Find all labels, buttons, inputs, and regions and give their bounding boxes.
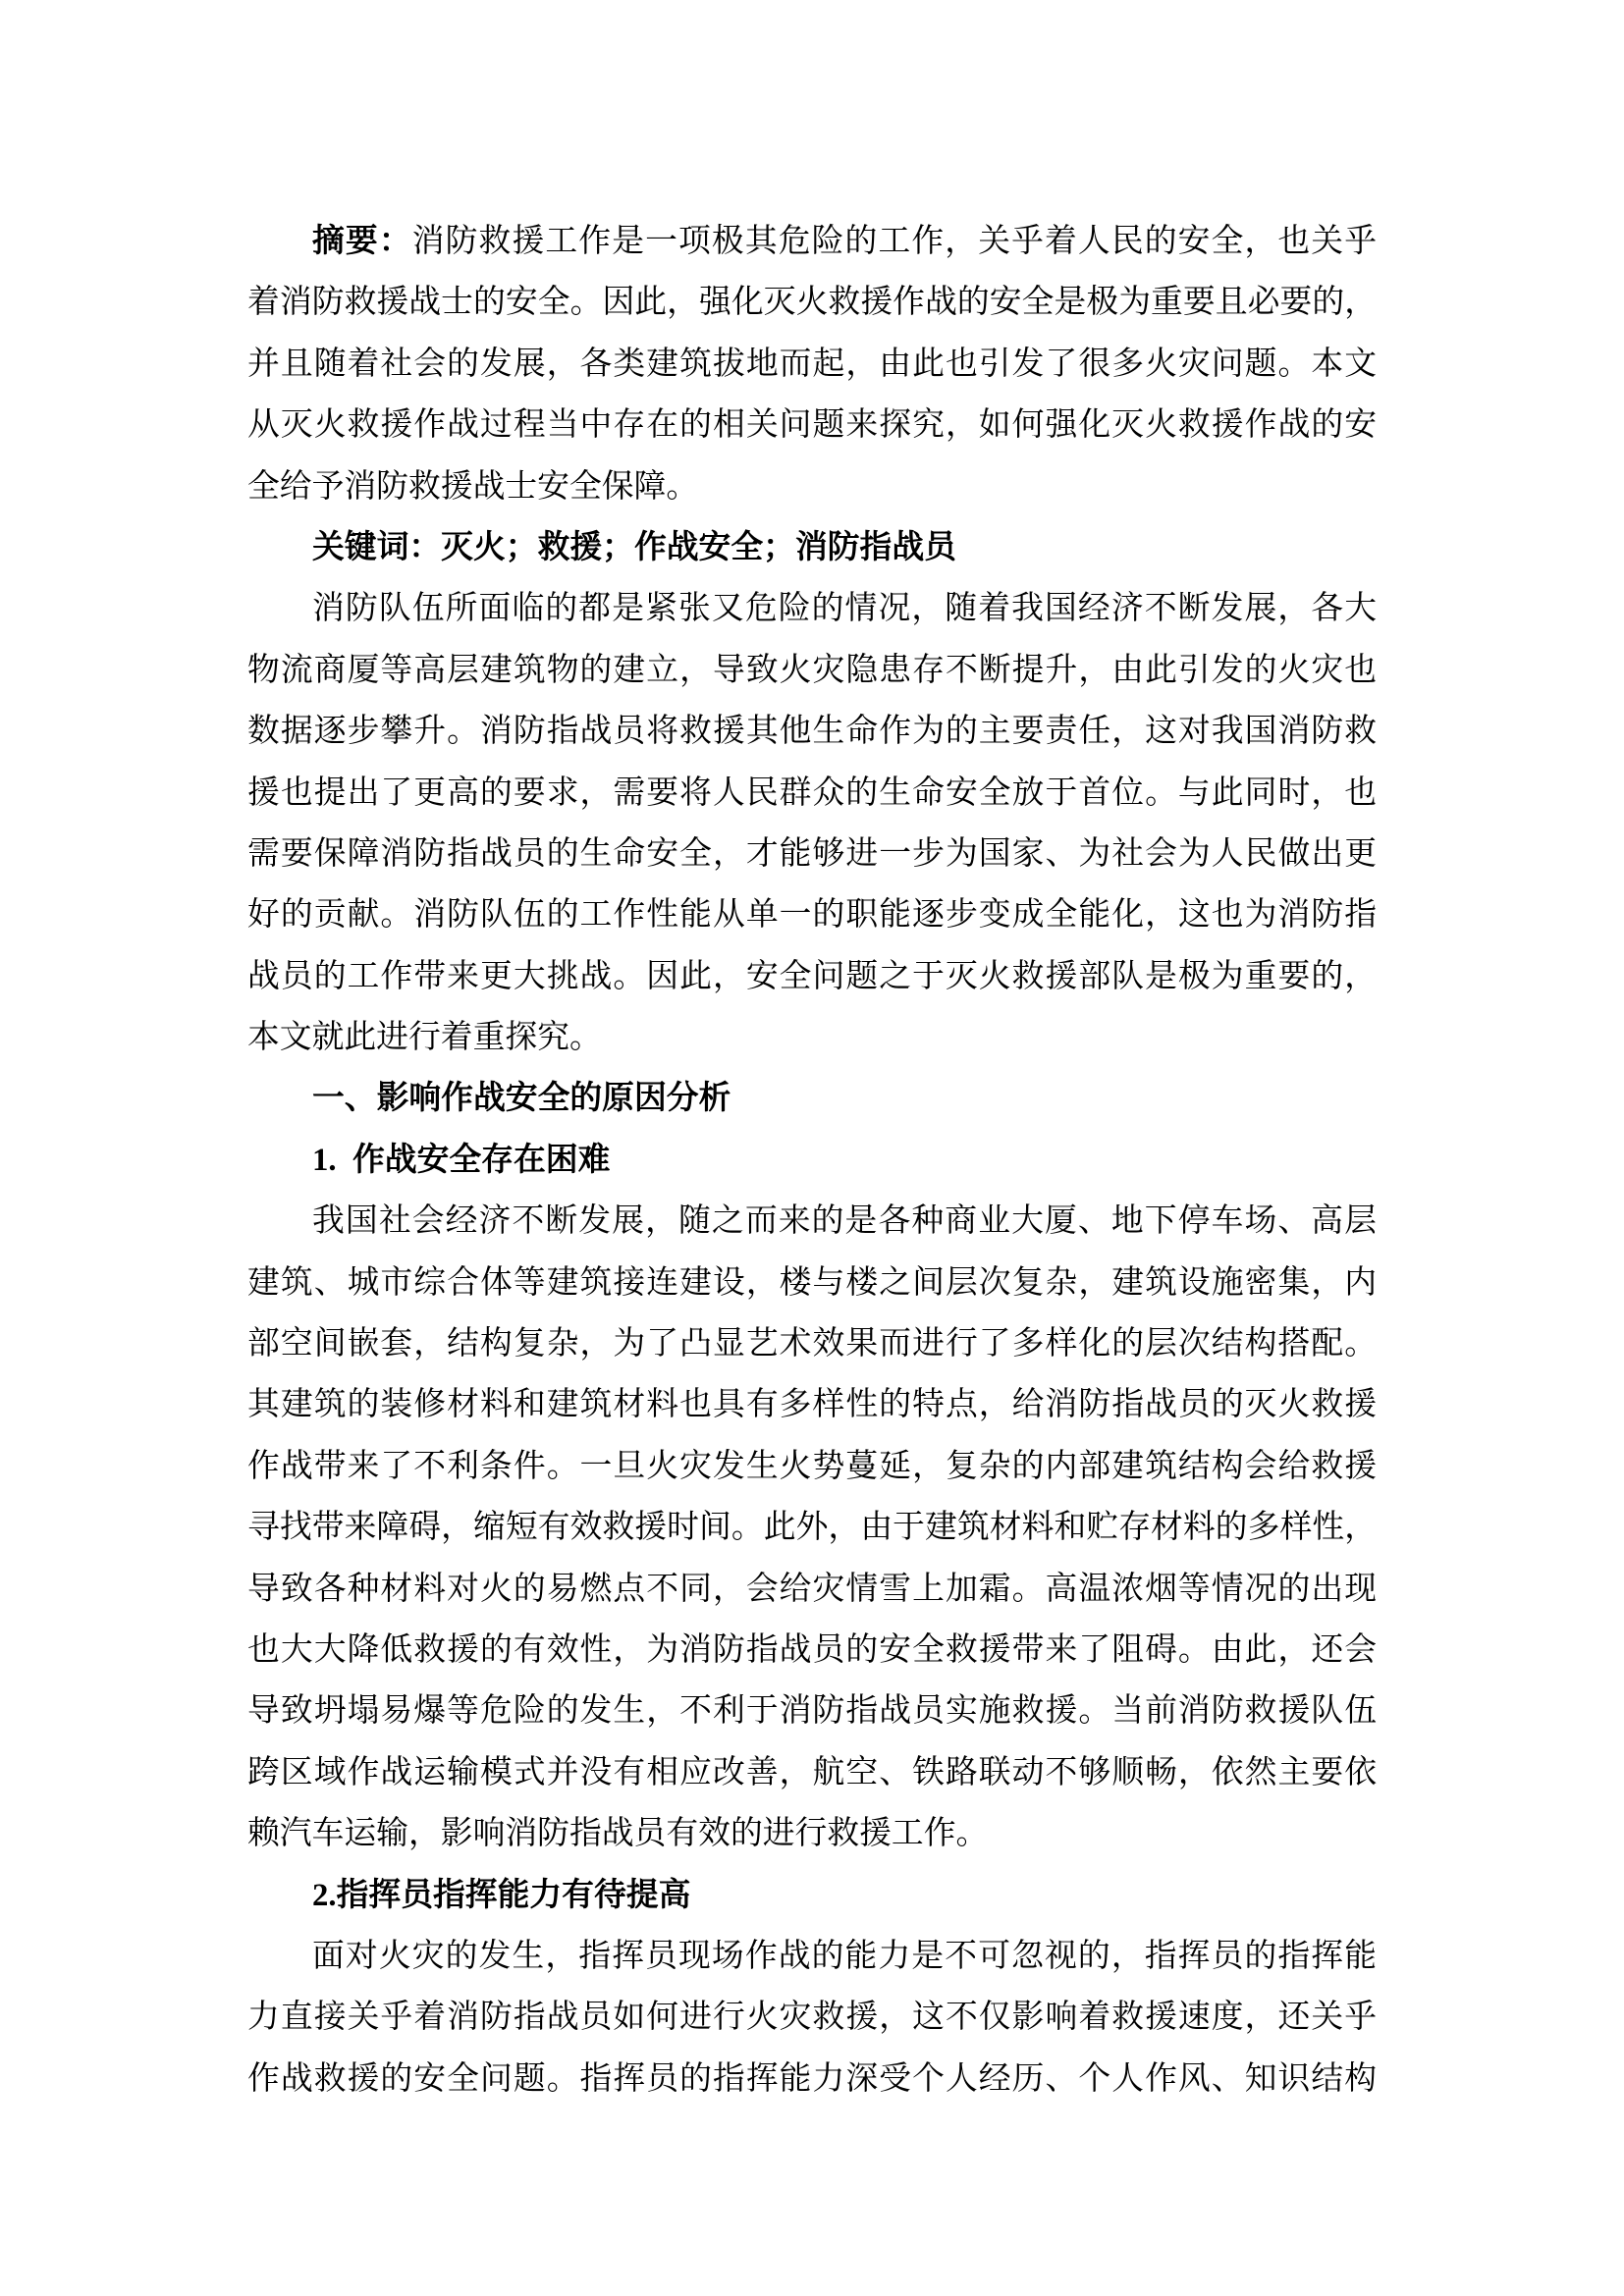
text-line: 导致各种材料对火的易燃点不同，会给灾情雪上加霜。高温浓烟等情况的出现 — [247, 1559, 1377, 1620]
text-line: 战员的工作带来更大挑战。因此，安全问题之于灭火救援部队是极为重要的， — [247, 946, 1377, 1007]
text-line: 从灭火救援作战过程当中存在的相关问题来探究，如何强化灭火救援作战的安 — [247, 395, 1377, 455]
text-line: 导致坍塌易爆等危险的发生，不利于消防指战员实施救援。当前消防救援队伍 — [247, 1681, 1377, 1741]
text-line: 并且随着社会的发展，各类建筑拔地而起，由此也引发了很多火灾问题。本文 — [247, 334, 1377, 395]
text-run: 面对火灾的发生，指挥员现场作战的能力是不可忽视的，指挥员的指挥能 — [312, 1939, 1377, 1974]
heading-line: 2.指挥员指挥能力有待提高 — [247, 1865, 1377, 1926]
text-line: 跨区域作战运输模式并没有相应改善，航空、铁路联动不够顺畅，依然主要依 — [247, 1742, 1377, 1803]
bold-text-run: 一、影响作战安全的原因分析 — [312, 1081, 731, 1116]
text-line: 消防队伍所面临的都是紧张又危险的情况，随着我国经济不断发展，各大 — [247, 578, 1377, 639]
heading-line: 一、影响作战安全的原因分析 — [247, 1068, 1377, 1129]
text-run: 着消防救援战士的安全。因此，强化灭火救援作战的安全是极为重要且必要的， — [247, 285, 1377, 320]
text-line: 着消防救援战士的安全。因此，强化灭火救援作战的安全是极为重要且必要的， — [247, 272, 1377, 333]
text-run: 我国社会经济不断发展，随之而来的是各种商业大厦、地下停车场、高层 — [312, 1203, 1377, 1239]
text-run: 也大大降低救援的有效性，为消防指战员的安全救援带来了阻碍。由此，还会 — [247, 1632, 1377, 1668]
text-run: 从灭火救援作战过程当中存在的相关问题来探究，如何强化灭火救援作战的安 — [247, 407, 1377, 443]
text-line: 本文就此进行着重探究。 — [247, 1007, 1377, 1068]
text-line: 赖汽车运输，影响消防指战员有效的进行救援工作。 — [247, 1803, 1377, 1864]
text-run: 作战带来了不利条件。一旦火灾发生火势蔓延，复杂的内部建筑结构会给救援 — [247, 1449, 1377, 1484]
bold-text-run: 关键词：灭火；救援；作战安全；消防指战员 — [312, 530, 956, 565]
text-line: 我国社会经济不断发展，随之而来的是各种商业大厦、地下停车场、高层 — [247, 1191, 1377, 1252]
text-run: 数据逐步攀升。消防指战员将救援其他生命作为的主要责任，这对我国消防救 — [247, 714, 1377, 749]
bold-text-run: 1. 作战安全存在困难 — [312, 1143, 610, 1178]
text-run: 力直接关乎着消防指战员如何进行火灾救援，这不仅影响着救援速度，还关乎 — [247, 2000, 1377, 2035]
text-run: 战员的工作带来更大挑战。因此，安全问题之于灭火救援部队是极为重要的， — [247, 959, 1377, 994]
text-run: 物流商厦等高层建筑物的建立，导致火灾隐患存不断提升，由此引发的火灾也 — [247, 653, 1377, 688]
text-run: 其建筑的装修材料和建筑材料也具有多样性的特点，给消防指战员的灭火救援 — [247, 1387, 1377, 1422]
text-run: 赖汽车运输，影响消防指战员有效的进行救援工作。 — [247, 1816, 988, 1851]
heading-line: 1. 作战安全存在困难 — [247, 1130, 1377, 1191]
document-page: 摘要：消防救援工作是一项极其危险的工作，关乎着人民的安全，也关乎着消防救援战士的… — [0, 0, 1624, 2296]
text-line: 物流商厦等高层建筑物的建立，导致火灾隐患存不断提升，由此引发的火灾也 — [247, 640, 1377, 701]
text-run: 跨区域作战运输模式并没有相应改善，航空、铁路联动不够顺畅，依然主要依 — [247, 1755, 1377, 1790]
text-line: 建筑、城市综合体等建筑接连建设，楼与楼之间层次复杂，建筑设施密集，内 — [247, 1253, 1377, 1313]
bold-text-run: 摘要： — [312, 224, 412, 259]
bold-text-run: 2.指挥员指挥能力有待提高 — [312, 1878, 690, 1913]
text-line: 作战救援的安全问题。指挥员的指挥能力深受个人经历、个人作风、知识结构 — [247, 2049, 1377, 2109]
text-line: 全给予消防救援战士安全保障。 — [247, 456, 1377, 517]
text-run: 导致各种材料对火的易燃点不同，会给灾情雪上加霜。高温浓烟等情况的出现 — [247, 1572, 1377, 1607]
text-run: 需要保障消防指战员的生命安全，才能够进一步为国家、为社会为人民做出更 — [247, 836, 1377, 872]
text-line: 好的贡献。消防队伍的工作性能从单一的职能逐步变成全能化，这也为消防指 — [247, 884, 1377, 945]
text-run: 援也提出了更高的要求，需要将人民群众的生命安全放于首位。与此同时，也 — [247, 775, 1377, 811]
text-run: 消防救援工作是一项极其危险的工作，关乎着人民的安全，也关乎 — [412, 224, 1377, 259]
text-run: 作战救援的安全问题。指挥员的指挥能力深受个人经历、个人作风、知识结构 — [247, 2061, 1377, 2097]
text-line: 作战带来了不利条件。一旦火灾发生火势蔓延，复杂的内部建筑结构会给救援 — [247, 1436, 1377, 1497]
text-run: 本文就此进行着重探究。 — [247, 1020, 602, 1055]
text-line: 面对火灾的发生，指挥员现场作战的能力是不可忽视的，指挥员的指挥能 — [247, 1926, 1377, 1987]
text-line: 其建筑的装修材料和建筑材料也具有多样性的特点，给消防指战员的灭火救援 — [247, 1374, 1377, 1435]
text-line: 需要保障消防指战员的生命安全，才能够进一步为国家、为社会为人民做出更 — [247, 824, 1377, 884]
text-run: 并且随着社会的发展，各类建筑拔地而起，由此也引发了很多火灾问题。本文 — [247, 347, 1377, 382]
text-run: 全给予消防救援战士安全保障。 — [247, 469, 698, 505]
text-line: 数据逐步攀升。消防指战员将救援其他生命作为的主要责任，这对我国消防救 — [247, 701, 1377, 762]
text-run: 消防队伍所面临的都是紧张又危险的情况，随着我国经济不断发展，各大 — [312, 591, 1377, 626]
text-run: 导致坍塌易爆等危险的发生，不利于消防指战员实施救援。当前消防救援队伍 — [247, 1693, 1377, 1729]
text-line: 力直接关乎着消防指战员如何进行火灾救援，这不仅影响着救援速度，还关乎 — [247, 1987, 1377, 2048]
text-line: 摘要：消防救援工作是一项极其危险的工作，关乎着人民的安全，也关乎 — [247, 211, 1377, 272]
text-line: 部空间嵌套，结构复杂，为了凸显艺术效果而进行了多样化的层次结构搭配。 — [247, 1313, 1377, 1374]
text-run: 好的贡献。消防队伍的工作性能从单一的职能逐步变成全能化，这也为消防指 — [247, 897, 1377, 933]
text-line: 也大大降低救援的有效性，为消防指战员的安全救援带来了阻碍。由此，还会 — [247, 1620, 1377, 1681]
text-line: 关键词：灭火；救援；作战安全；消防指战员 — [247, 517, 1377, 578]
text-run: 建筑、城市综合体等建筑接连建设，楼与楼之间层次复杂，建筑设施密集，内 — [247, 1265, 1377, 1301]
text-block: 摘要：消防救援工作是一项极其危险的工作，关乎着人民的安全，也关乎着消防救援战士的… — [247, 211, 1377, 2109]
text-run: 寻找带来障碍，缩短有效救援时间。此外，由于建筑材料和贮存材料的多样性， — [247, 1510, 1377, 1545]
text-line: 寻找带来障碍，缩短有效救援时间。此外，由于建筑材料和贮存材料的多样性， — [247, 1497, 1377, 1558]
text-run: 部空间嵌套，结构复杂，为了凸显艺术效果而进行了多样化的层次结构搭配。 — [247, 1326, 1377, 1362]
text-line: 援也提出了更高的要求，需要将人民群众的生命安全放于首位。与此同时，也 — [247, 763, 1377, 824]
